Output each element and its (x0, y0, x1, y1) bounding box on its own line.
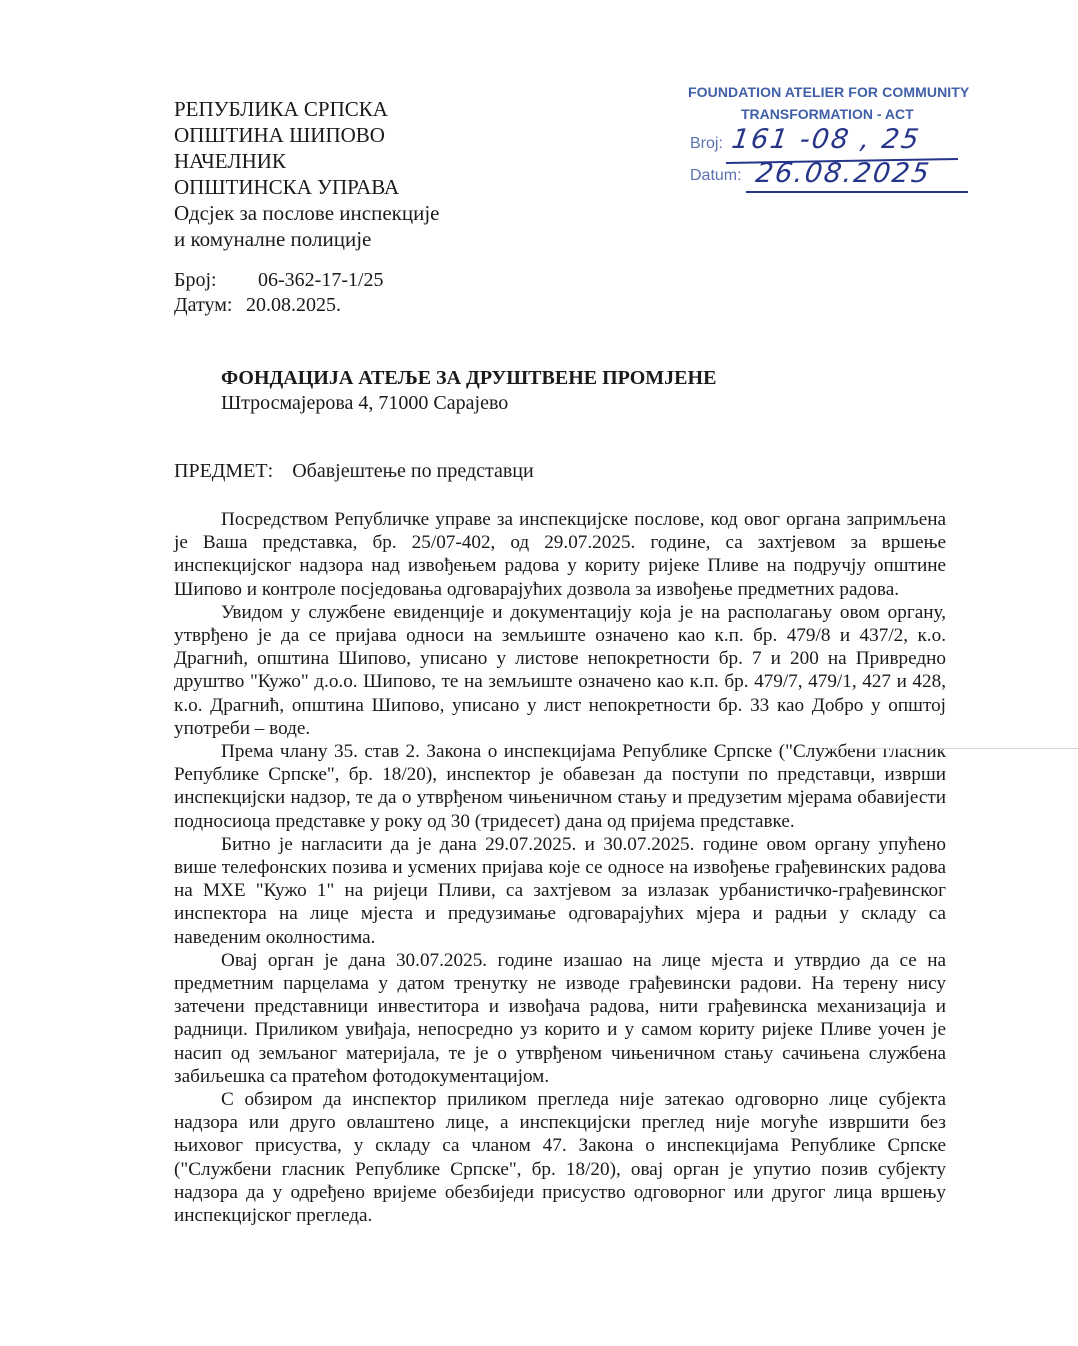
issuer-line-municipality: ОПШТИНА ШИПОВО (174, 122, 439, 148)
recipient-address: Штросмајерова 4, 71000 Сарајево (221, 391, 716, 416)
scan-artifact-line (830, 748, 1078, 749)
issuer-line-republic: РЕПУБЛИКА СРПСКА (174, 96, 439, 122)
reference-number-label: Број: (174, 268, 258, 293)
body-paragraph: Према члану 35. став 2. Закона о инспекц… (174, 740, 946, 833)
recipient-block: ФОНДАЦИЈА АТЕЉЕ ЗА ДРУШТВЕНЕ ПРОМЈЕНЕ Шт… (221, 366, 716, 416)
body-paragraph: Увидом у службене евиденције и документа… (174, 601, 946, 740)
stamp-date-handwritten: 26.08.2025 (754, 158, 933, 189)
stamp-org-line2: TRANSFORMATION - ACT (741, 106, 914, 122)
recipient-name: ФОНДАЦИЈА АТЕЉЕ ЗА ДРУШТВЕНЕ ПРОМЈЕНЕ (221, 366, 716, 391)
issuer-line-department: Одсјек за послове инспекције (174, 200, 439, 226)
subject-label: ПРЕДМЕТ: (174, 460, 273, 482)
body-paragraph: С обзиром да инспектор приликом прегледа… (174, 1088, 946, 1227)
body-paragraph: Посредством Републичке управе за инспекц… (174, 508, 946, 601)
issuer-line-department-cont: и комуналне полиције (174, 226, 439, 252)
stamp-number-label: Broj: (690, 135, 723, 153)
stamp-date-label: Datum: (690, 167, 742, 185)
receipt-stamp: FOUNDATION ATELIER FOR COMMUNITY TRANSFO… (686, 78, 978, 198)
stamp-number-handwritten: 161 -08 , 25 (730, 124, 923, 155)
body-paragraph: Овај орган је дана 30.07.2025. године из… (174, 949, 946, 1088)
subject-line: ПРЕДМЕТ: Обавјештење по представци (174, 460, 534, 483)
stamp-org-line1: FOUNDATION ATELIER FOR COMMUNITY (688, 84, 969, 100)
subject-text: Обавјештење по представци (292, 460, 534, 482)
document-reference: Број: 06-362-17-1/25 Датум: 20.08.2025. (174, 268, 384, 318)
issuer-line-administration: ОПШТИНСКА УПРАВА (174, 174, 439, 200)
letter-body: Посредством Републичке управе за инспекц… (174, 508, 946, 1227)
issuer-header: РЕПУБЛИКА СРПСКА ОПШТИНА ШИПОВО НАЧЕЛНИК… (174, 96, 439, 252)
stamp-date-underline (746, 191, 968, 193)
reference-date-value: 20.08.2025. (246, 293, 341, 318)
reference-date-row: Датум: 20.08.2025. (174, 293, 384, 318)
body-paragraph: Битно је нагласити да је дана 29.07.2025… (174, 833, 946, 949)
reference-number-value: 06-362-17-1/25 (258, 268, 384, 293)
reference-number-row: Број: 06-362-17-1/25 (174, 268, 384, 293)
reference-date-label: Датум: (174, 293, 246, 318)
issuer-line-mayor: НАЧЕЛНИК (174, 148, 439, 174)
